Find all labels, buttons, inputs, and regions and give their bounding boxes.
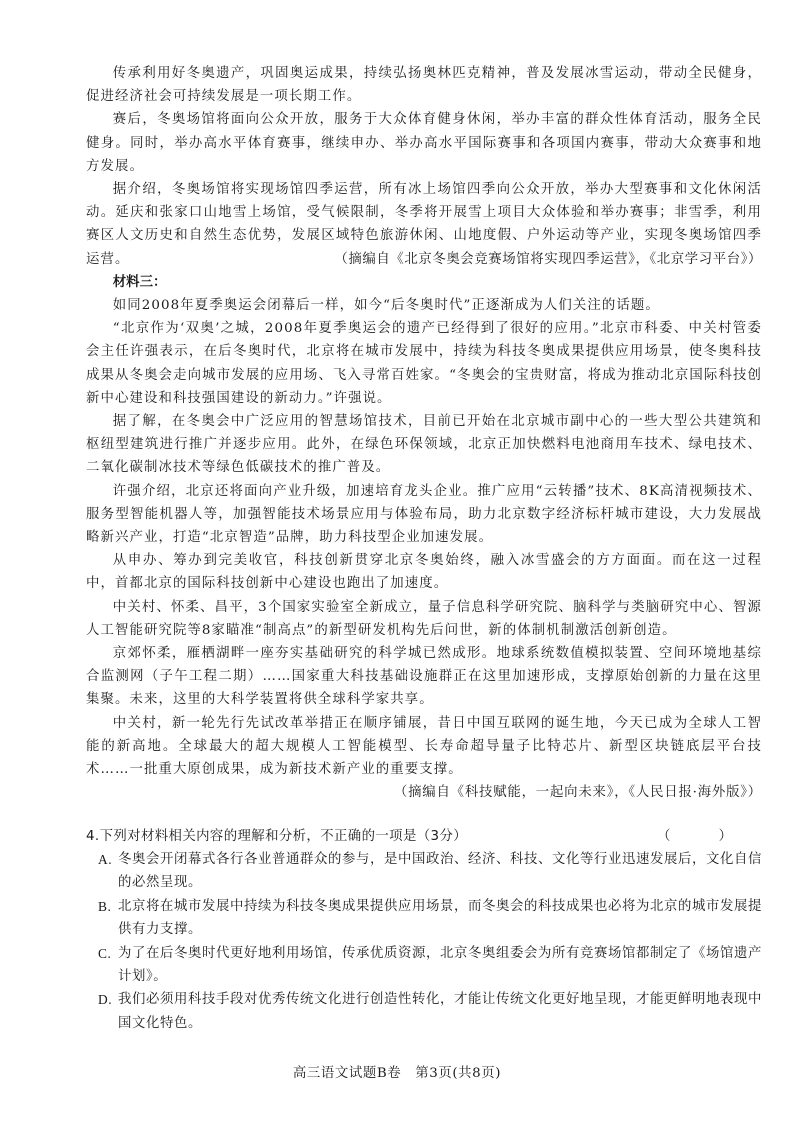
exam-page-body: 传承利用好冬奥遗产，巩固奥运成果，持续弘扬奥林匹克精神，普及发展冰雪运动，带动全… [86, 62, 762, 1035]
paragraph: 中关村、怀柔、昌平，3个国家实验室全新成立，量子信息科学研究院、脑科学与类脑研究… [86, 596, 762, 642]
page-footer: 高三语文试题B卷 第3页(共8页) [0, 1062, 794, 1081]
paragraph: 赛后，冬奥场馆将面向公众开放，服务于大众体育健身休闲，举办丰富的群众性体育活动，… [86, 108, 762, 178]
option-text: 冬奥会开闭幕式各行各业普通群众的参与，是中国政治、经济、科技、文化等行业迅速发展… [118, 848, 762, 895]
option-d: D. 我们必须用科技手段对优秀传统文化进行创造性转化，才能让传统文化更好地呈现，… [86, 988, 762, 1035]
option-a: A. 冬奥会开闭幕式各行各业普通群众的参与，是中国政治、经济、科技、文化等行业迅… [86, 848, 762, 895]
option-text: 北京将在城市发展中持续为科技冬奥成果提供应用场景，而冬奥会的科技成果也必将为北京… [118, 895, 762, 942]
option-text: 为了在后冬奥时代更好地利用场馆，传承优质资源，北京冬奥组委会为所有竞赛场馆都制定… [118, 942, 762, 989]
paragraph: 京郊怀柔，雁栖湖畔一座夯实基础研究的科学城已然成形。地球系统数值模拟装置、空间环… [86, 642, 762, 712]
source-citation: （摘编自《北京冬奥会竞赛场馆将实现四季运营》，《北京学习平台》） [308, 248, 762, 271]
answer-bracket: （ ） [657, 825, 762, 848]
question-stem-text: 4.下列对材料相关内容的理解和分析，不正确的一项是（3分） [86, 825, 467, 848]
material-three-heading: 材料三： [86, 271, 762, 294]
option-label: A. [98, 848, 118, 895]
option-c: C. 为了在后冬奥时代更好地利用场馆，传承优质资源，北京冬奥组委会为所有竞赛场馆… [86, 942, 762, 989]
paragraph: 如同2008年夏季奥运会闭幕后一样，如今“后冬奥时代”正逐渐成为人们关注的话题。 [86, 294, 762, 317]
source-citation: （摘编自《科技赋能，一起向未来》，《人民日报·海外版》） [86, 781, 762, 804]
paragraph: 中关村，新一轮先行先试改革举措正在顺序铺展，昔日中国互联网的诞生地，今天已成为全… [86, 712, 762, 782]
option-label: C. [98, 942, 118, 989]
option-text: 我们必须用科技手段对优秀传统文化进行创造性转化，才能让传统文化更好地呈现，才能更… [118, 988, 762, 1035]
paragraph: “北京作为‘双奥’之城，2008年夏季奥运会的遗产已经得到了很好的应用。”北京市… [86, 317, 762, 410]
option-label: D. [98, 988, 118, 1035]
paragraph: 许强介绍，北京还将面向产业升级，加速培育龙头企业。推广应用“云转播”技术、8K高… [86, 480, 762, 550]
option-label: B. [98, 895, 118, 942]
question-stem: 4.下列对材料相关内容的理解和分析，不正确的一项是（3分） （ ） [86, 825, 762, 848]
question-4: 4.下列对材料相关内容的理解和分析，不正确的一项是（3分） （ ） A. 冬奥会… [86, 825, 762, 1036]
paragraph: 据了解，在冬奥会中广泛应用的智慧场馆技术，目前已开始在北京城市副中心的一些大型公… [86, 410, 762, 480]
paragraph: 传承利用好冬奥遗产，巩固奥运成果，持续弘扬奥林匹克精神，普及发展冰雪运动，带动全… [86, 62, 762, 108]
option-b: B. 北京将在城市发展中持续为科技冬奥成果提供应用场景，而冬奥会的科技成果也必将… [86, 895, 762, 942]
paragraph: 据介绍，冬奥场馆将实现场馆四季运营，所有冰上场馆四季向公众开放，举办大型赛事和文… [86, 178, 762, 271]
paragraph: 从申办、筹办到完美收官，科技创新贯穿北京冬奥始终，融入冰雪盛会的方方面面。而在这… [86, 549, 762, 595]
